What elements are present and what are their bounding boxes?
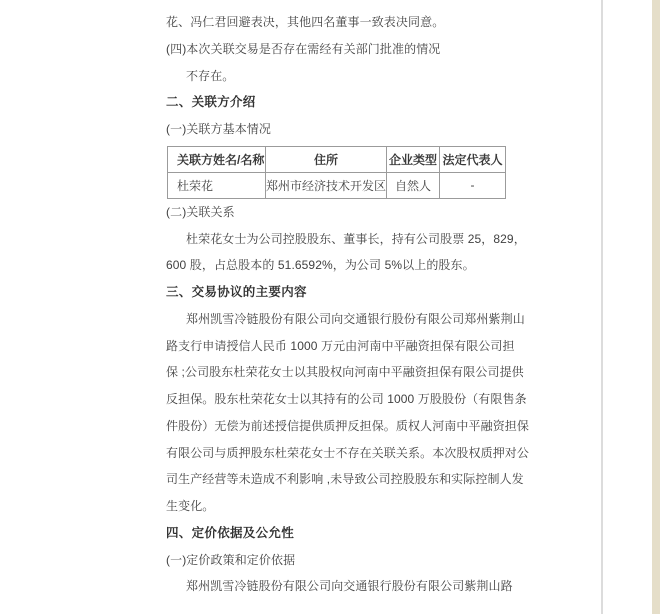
page-edge-line <box>601 0 603 614</box>
table-cell: 郑州市经济技术开发区 <box>265 172 386 198</box>
document-line: 保 ;公司股东杜荣花女士以其股权向河南中平融资担保有限公司提供 <box>166 359 506 386</box>
body-lines-block: (二)关联关系杜荣花女士为公司控股股东、董事长，持有公司股票 25，829，60… <box>166 199 506 600</box>
document-line: 司生产经营等未造成不利影响 ,未导致公司控股股东和实际控制人发 <box>166 466 506 493</box>
document-line: (四)本次关联交易是否存在需经有关部门批准的情况 <box>166 36 506 63</box>
document-line: (一)关联方基本情况 <box>166 116 506 143</box>
document-line: 有限公司与质押股东杜荣花女士不存在关联关系。本次股权质押对公 <box>166 440 506 467</box>
intro-lines-block: 花、冯仁君回避表决，其他四名董事一致表决同意。(四)本次关联交易是否存在需经有关… <box>166 9 506 143</box>
document-page: 花、冯仁君回避表决，其他四名董事一致表决同意。(四)本次关联交易是否存在需经有关… <box>0 0 601 614</box>
table-header-row: 关联方姓名/名称住所企业类型法定代表人 <box>168 146 506 172</box>
related-party-table: 关联方姓名/名称住所企业类型法定代表人 杜荣花郑州市经济技术开发区自然人- <box>167 146 506 199</box>
document-line: 件股份）无偿为前述授信提供质押反担保。质权人河南中平融资担保 <box>166 413 506 440</box>
document-content: 花、冯仁君回避表决，其他四名董事一致表决同意。(四)本次关联交易是否存在需经有关… <box>166 9 506 600</box>
document-line: 不存在。 <box>166 63 506 90</box>
table-cell: - <box>439 172 505 198</box>
related-party-table-head: 关联方姓名/名称住所企业类型法定代表人 <box>168 146 506 172</box>
document-line: 花、冯仁君回避表决，其他四名董事一致表决同意。 <box>166 9 506 36</box>
table-header-cell: 企业类型 <box>386 146 439 172</box>
background-side-strip <box>652 0 660 614</box>
table-header-cell: 关联方姓名/名称 <box>168 146 266 172</box>
document-line: 600 股，占总股本的 51.6592%，为公司 5%以上的股东。 <box>166 252 506 279</box>
section-heading: 四、定价依据及公允性 <box>166 520 506 547</box>
table-row: 杜荣花郑州市经济技术开发区自然人- <box>168 172 506 198</box>
document-line: (二)关联关系 <box>166 199 506 226</box>
section-heading: 二、关联方介绍 <box>166 89 506 116</box>
table-header-cell: 法定代表人 <box>439 146 505 172</box>
table-header-cell: 住所 <box>265 146 386 172</box>
document-line: 生变化。 <box>166 493 506 520</box>
section-heading: 三、交易协议的主要内容 <box>166 279 506 306</box>
document-line: (一)定价政策和定价依据 <box>166 547 506 574</box>
document-line: 杜荣花女士为公司控股股东、董事长，持有公司股票 25，829， <box>166 226 506 253</box>
document-line: 郑州凯雪冷链股份有限公司向交通银行股份有限公司郑州紫荆山 <box>166 306 506 333</box>
document-line: 路支行申请授信人民币 1000 万元由河南中平融资担保有限公司担 <box>166 333 506 360</box>
document-line: 郑州凯雪冷链股份有限公司向交通银行股份有限公司紫荆山路 <box>166 573 506 600</box>
document-line: 反担保。股东杜荣花女士以其持有的公司 1000 万股股份（有限售条 <box>166 386 506 413</box>
table-cell: 杜荣花 <box>168 172 266 198</box>
table-cell: 自然人 <box>386 172 439 198</box>
document-viewer: 花、冯仁君回避表决，其他四名董事一致表决同意。(四)本次关联交易是否存在需经有关… <box>0 0 660 614</box>
related-party-table-body: 杜荣花郑州市经济技术开发区自然人- <box>168 172 506 198</box>
